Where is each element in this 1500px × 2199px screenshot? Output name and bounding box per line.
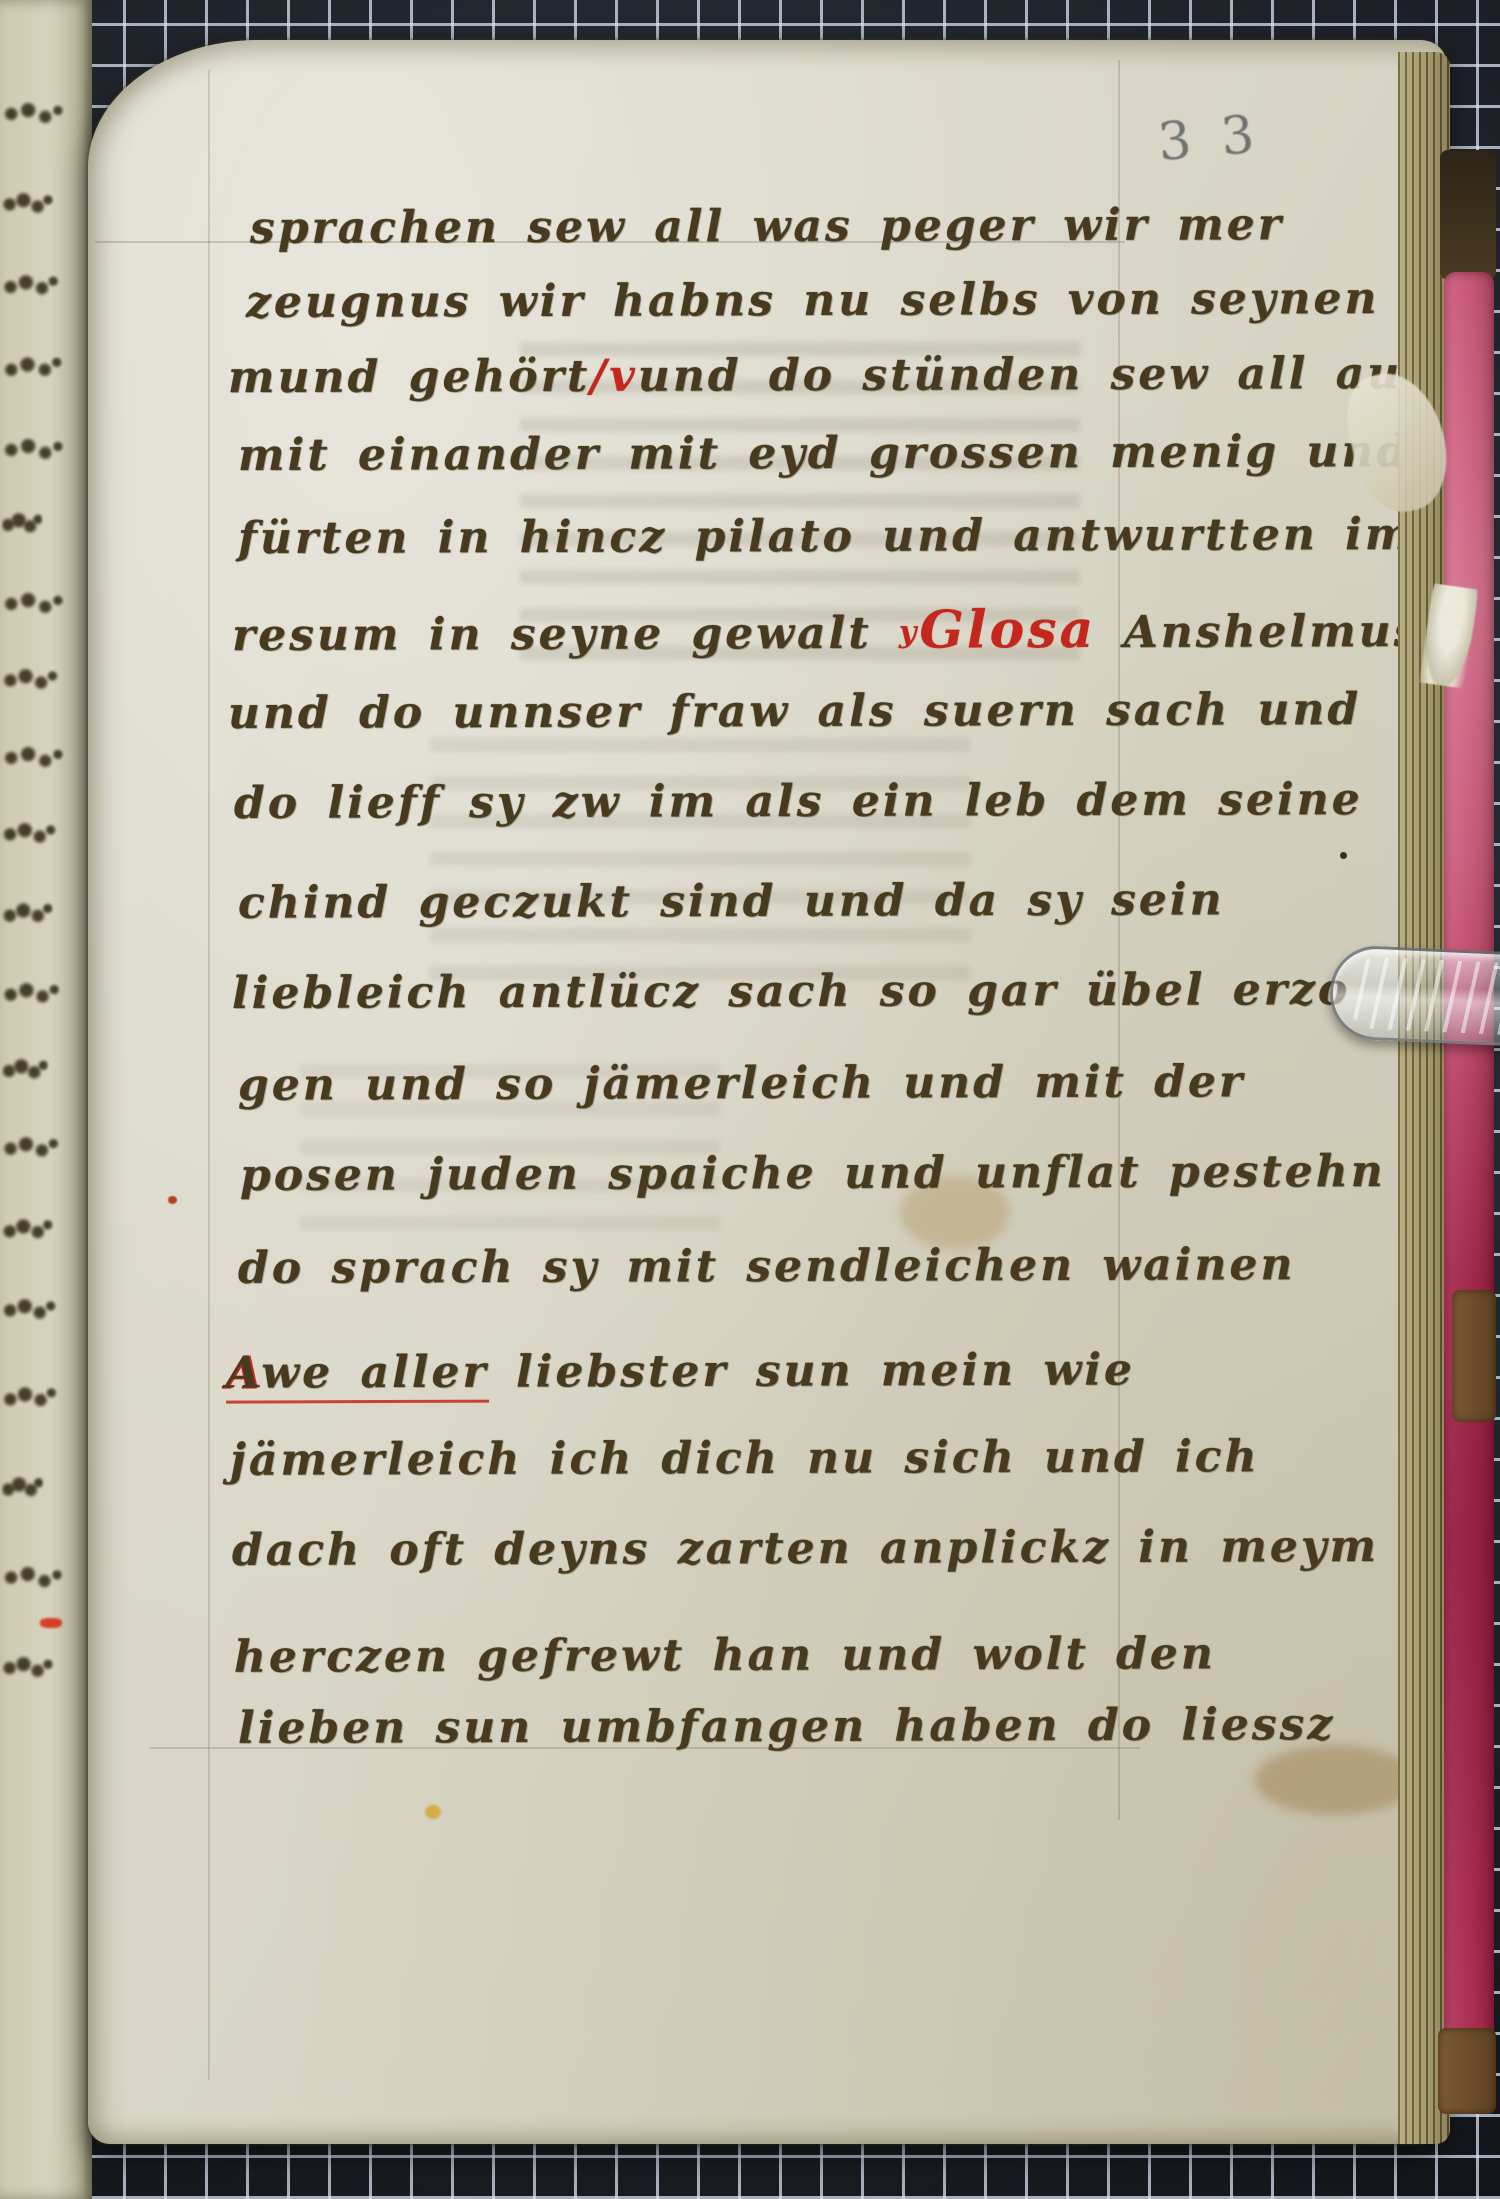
text-segment: chind geczukt sind und da sy sein	[238, 874, 1225, 928]
text-segment: posen juden spaiche und unflat pestehn	[240, 1146, 1386, 1201]
manuscript-line-12: posen juden spaiche und unflat pestehn	[240, 1150, 1386, 1198]
text-segment: zeugnus wir habns nu selbs von seynen	[246, 273, 1380, 328]
text-segment: A	[226, 1347, 262, 1403]
text-segment: liebster sun mein wie	[489, 1344, 1136, 1397]
text-segment: lieben sun umbfangen haben do liessz	[238, 1699, 1335, 1754]
binding-cloth-pink	[1444, 272, 1494, 2100]
text-segment: liebleich antlücz sach so gar übel erzo	[232, 964, 1350, 1019]
text-segment: we aller	[261, 1347, 489, 1404]
fore-edge-page-stack	[1398, 52, 1450, 2144]
rubric-segment: Glosa	[919, 599, 1096, 661]
manuscript-line-13: do sprach sy mit sendleichen wainen	[238, 1243, 1296, 1291]
text-segment: und do unnser fraw als suern sach und	[228, 684, 1361, 739]
rubric-segment: /v	[590, 351, 638, 402]
text-segment: und do stünden sew all auff	[638, 348, 1446, 402]
manuscript-line-11: gen und so jämerleich und mit der	[238, 1060, 1245, 1108]
text-segment: jämerleich ich dich nu sich und ich	[230, 1431, 1260, 1486]
manuscript-line-17: herczen gefrewt han und wolt den	[234, 1632, 1216, 1679]
text-segment: mund gehört	[228, 351, 590, 403]
text-segment: dach oft deyns zarten anplickz in meym	[232, 1521, 1379, 1576]
manuscript-line-7: und do unnser fraw als suern sach und	[228, 688, 1361, 736]
binding-shadow	[1440, 150, 1496, 280]
manuscript-line-4: mit einander mit eyd grossen menig und	[238, 430, 1410, 478]
manuscript-line-14: Awe aller liebster sun mein wie	[226, 1348, 1135, 1395]
folio-number: 33	[1156, 103, 1287, 174]
text-block: sprachen sew all was peger wir merzeugnu…	[0, 0, 1500, 2199]
leather-corner	[1438, 2028, 1496, 2114]
text-segment: gen und so jämerleich und mit der	[238, 1056, 1245, 1111]
text-segment: mit einander mit eyd grossen menig und	[238, 426, 1410, 481]
text-segment: sprachen sew all was peger wir mer	[250, 199, 1284, 254]
text-segment: do sprach sy mit sendleichen wainen	[238, 1239, 1296, 1294]
transparent-weight-strip	[1328, 944, 1500, 1046]
manuscript-line-18: lieben sun umbfangen haben do liessz	[238, 1703, 1335, 1751]
manuscript-line-16: dach oft deyns zarten anplickz in meym	[232, 1525, 1379, 1573]
manuscript-line-2: zeugnus wir habns nu selbs von seynen	[246, 277, 1380, 325]
manuscript-line-10: liebleich antlücz sach so gar übel erzo	[232, 968, 1350, 1016]
text-segment: Anshelmus	[1096, 606, 1421, 658]
manuscript-line-15: jämerleich ich dich nu sich und ich	[230, 1435, 1260, 1483]
manuscript-line-1: sprachen sew all was peger wir mer	[250, 203, 1284, 251]
manuscript-line-8: do lieff sy zw im als ein leb dem seine	[234, 778, 1363, 826]
manuscript-line-5: fürten in hincz pilato und antwurtten im	[238, 513, 1415, 561]
text-segment: herczen gefrewt han und wolt den	[234, 1628, 1216, 1682]
manuscript-line-6: resum in seyne gewalt yGlosa Anshelmus	[232, 603, 1422, 659]
manuscript-line-9: chind geczukt sind und da sy sein	[238, 878, 1225, 925]
text-segment: fürten in hincz pilato und antwurtten im	[238, 509, 1415, 564]
leather-tab	[1452, 1290, 1496, 1422]
manuscript-line-3: mund gehört/vund do stünden sew all auff	[228, 352, 1446, 400]
text-segment: do lieff sy zw im als ein leb dem seine	[234, 774, 1363, 829]
rubric-segment: y	[899, 615, 920, 650]
text-segment: resum in seyne gewalt	[232, 608, 899, 661]
